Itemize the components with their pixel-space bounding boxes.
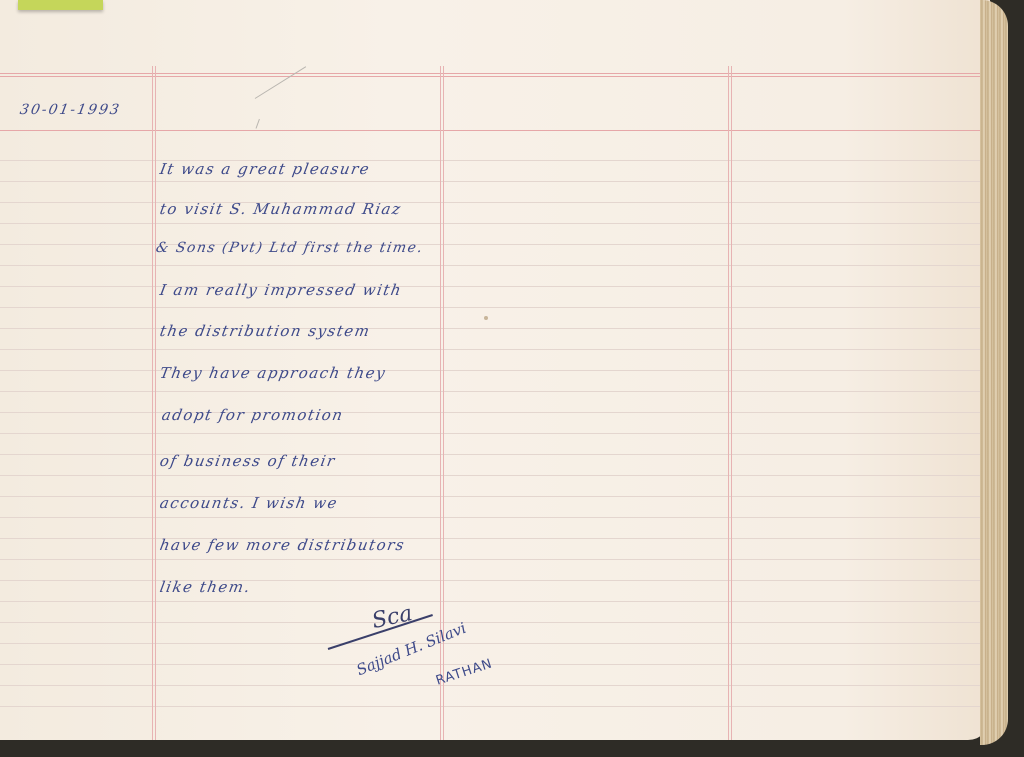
- column-rule-3: [728, 66, 729, 740]
- sticky-note-tab: [18, 0, 103, 10]
- entry-line: like them.: [158, 578, 252, 596]
- entry-line: to visit S. Muhammad Riaz: [158, 200, 403, 218]
- header-rule-bottom: [0, 130, 985, 131]
- entry-line: They have approach they: [158, 364, 387, 382]
- header-rule-top: [0, 73, 985, 74]
- book-page-edges: [980, 0, 1008, 745]
- ink-spot: [484, 316, 488, 320]
- entry-line: accounts. I wish we: [158, 494, 339, 512]
- column-rule-3b: [731, 66, 732, 740]
- entry-date: 30-01-1993: [19, 102, 123, 118]
- entry-line: the distribution system: [158, 322, 372, 340]
- checkmark-tick-icon: [256, 119, 260, 129]
- column-rule-1b: [155, 66, 156, 740]
- column-rule-1: [152, 66, 153, 740]
- entry-line: have few more distributors: [158, 536, 406, 554]
- entry-line: of business of their: [158, 452, 337, 470]
- ledger-page: 30-01-1993 It was a great pleasure to vi…: [0, 0, 990, 740]
- header-rule-top-2: [0, 76, 985, 77]
- entry-line: I am really impressed with: [158, 281, 403, 299]
- entry-line: adopt for promotion: [160, 406, 345, 424]
- entry-line: It was a great pleasure: [158, 160, 371, 178]
- checkmark-icon: [255, 66, 306, 99]
- entry-line: & Sons (Pvt) Ltd first the time.: [155, 240, 425, 256]
